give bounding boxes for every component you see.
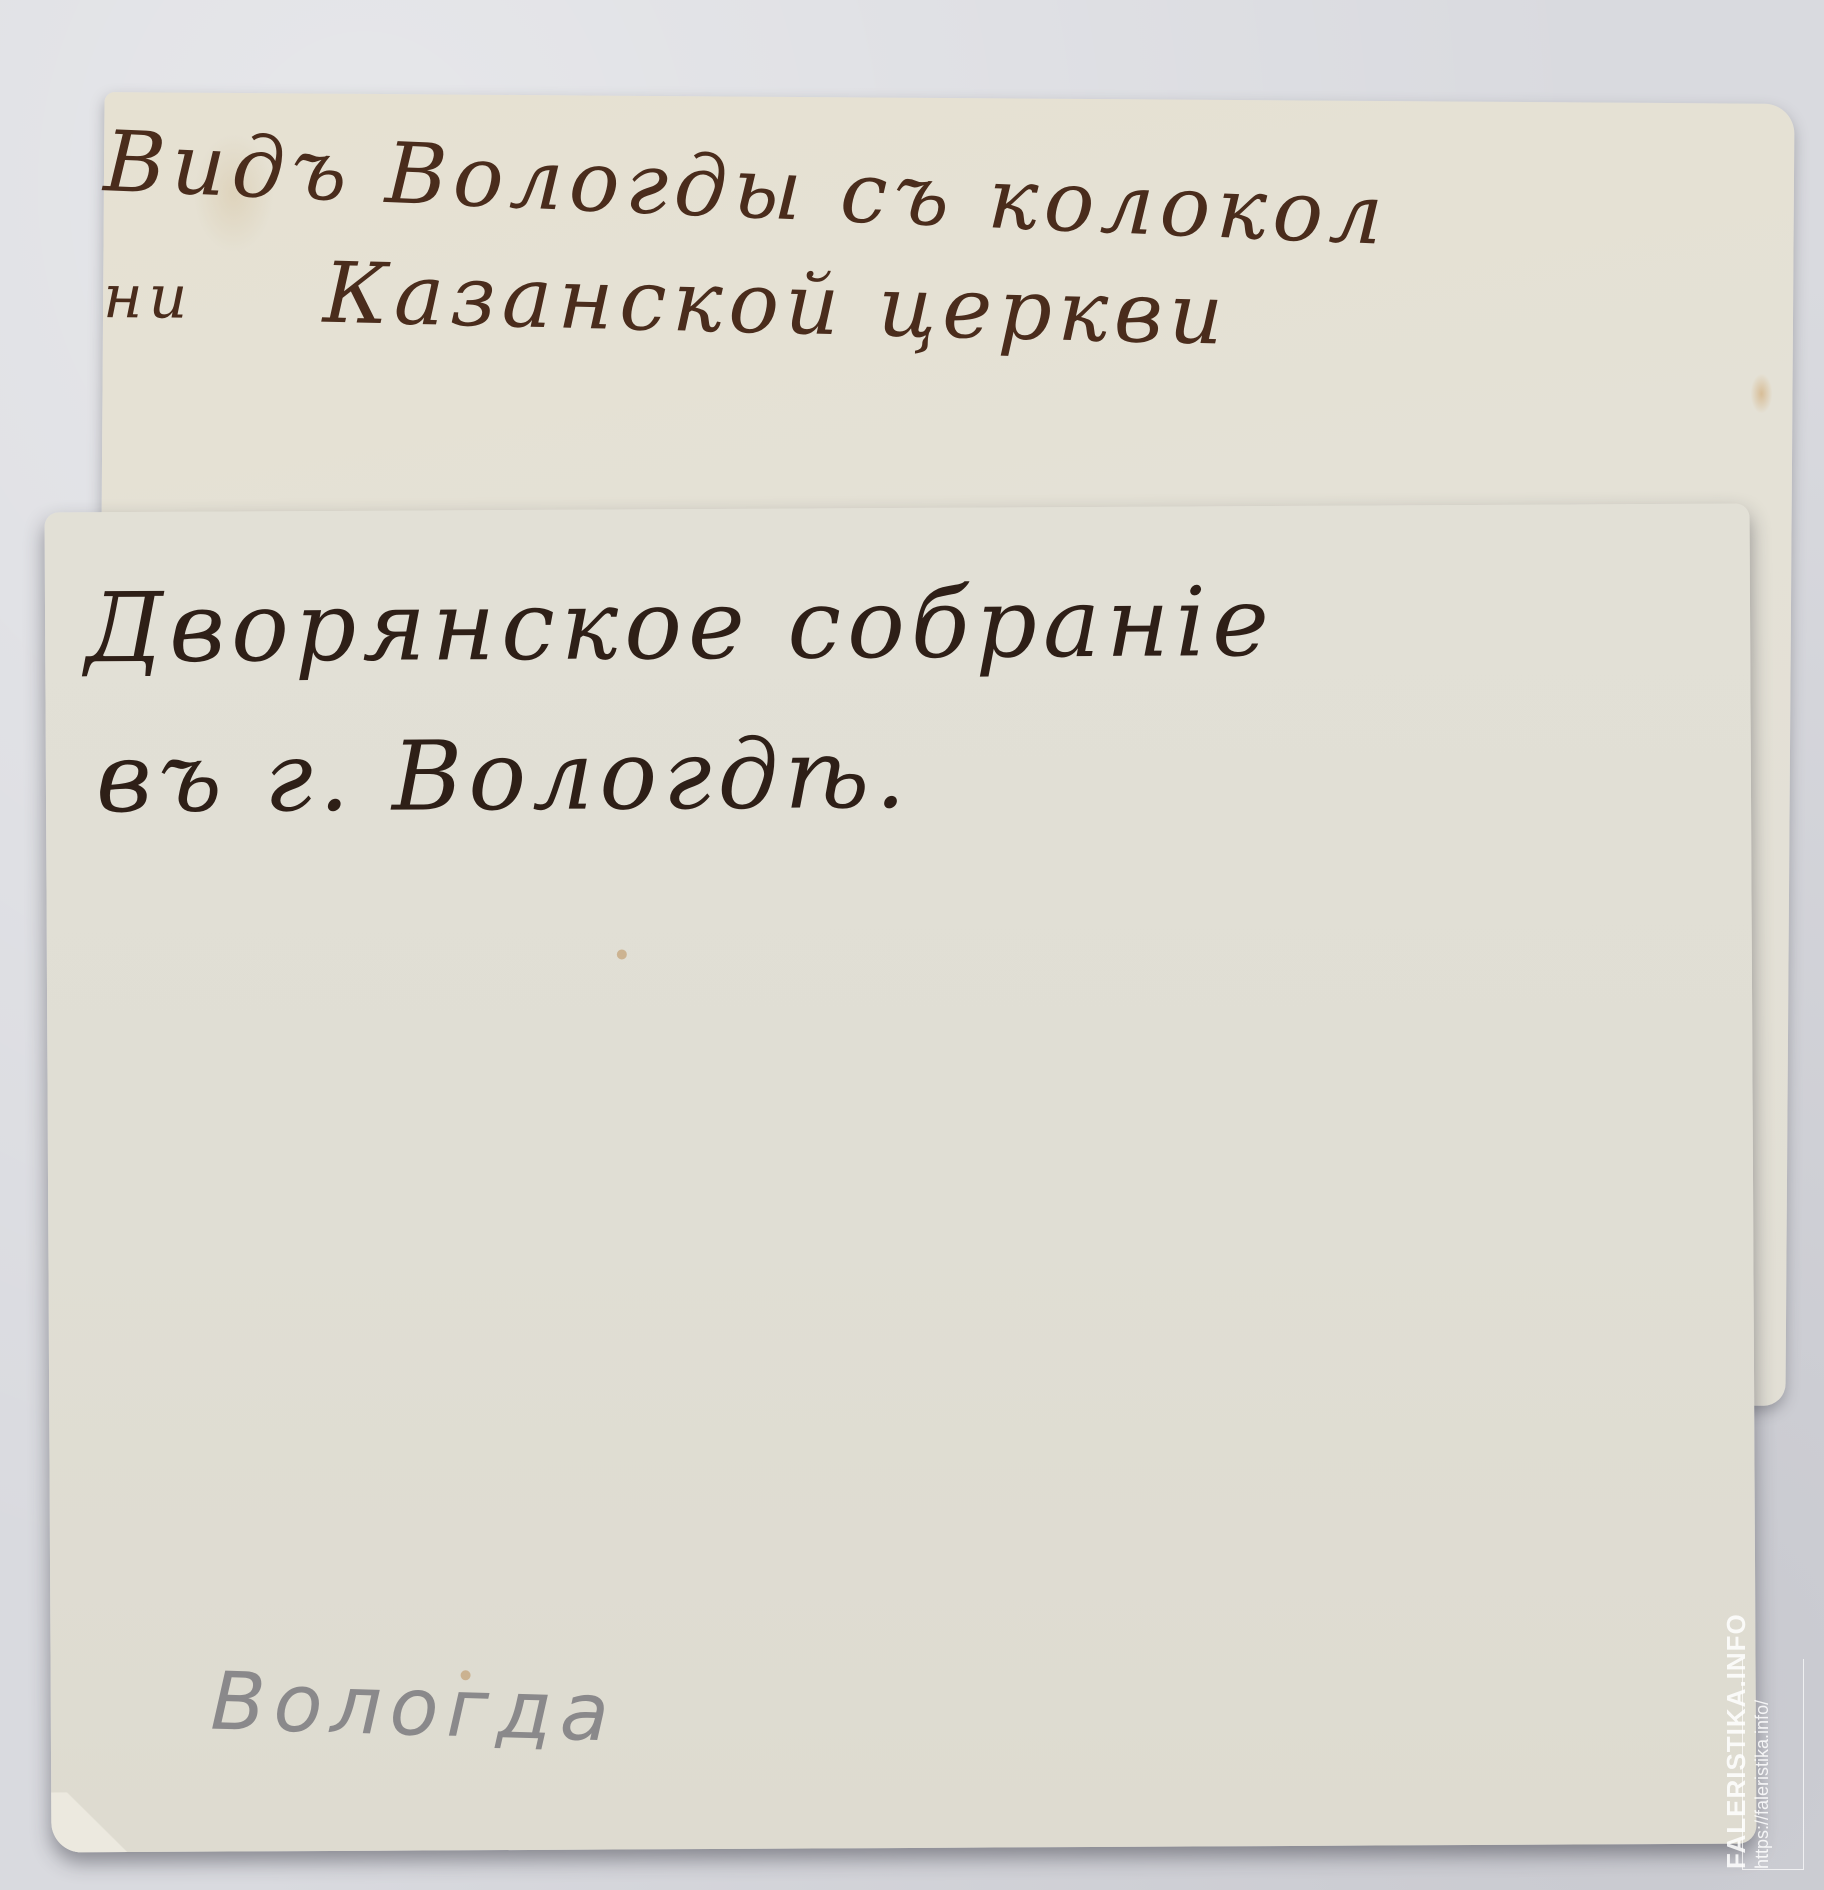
pencil-annotation: Вологда bbox=[209, 1655, 618, 1760]
front-card-caption-line-2: въ г. Вологдѣ. bbox=[96, 718, 912, 834]
back-card-caption-line-2: Казанской церкви bbox=[322, 244, 1230, 364]
front-card-caption-line-1: Дворянское собраніе bbox=[85, 566, 1275, 684]
watermark-url: https://faleristika.info/ bbox=[1752, 1613, 1773, 1869]
paper-stain bbox=[1750, 374, 1772, 414]
back-card-caption-line-1: Видъ Вологды съ колокол bbox=[102, 112, 1391, 264]
front-photo-card: Дворянское собраніе въ г. Вологдѣ. Волог… bbox=[45, 504, 1757, 1853]
watermark-brand: FALERISTIKA.INFO bbox=[1721, 1613, 1752, 1869]
back-card-caption-wrap: ни bbox=[103, 262, 194, 333]
watermark: FALERISTIKA.INFO https://faleristika.inf… bbox=[1742, 1659, 1804, 1870]
paper-spot bbox=[617, 949, 627, 959]
folded-corner bbox=[51, 1792, 141, 1852]
